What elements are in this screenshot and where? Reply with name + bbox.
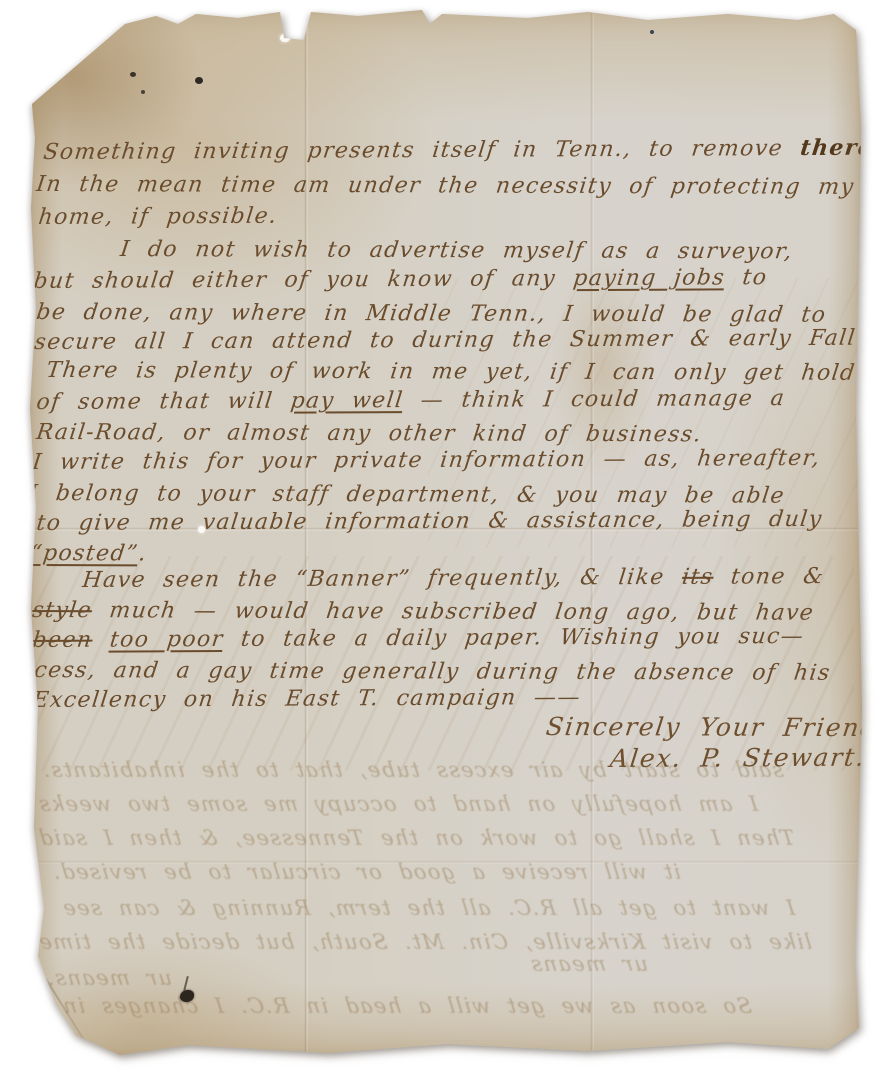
letter-line: “posted”. [29,541,149,566]
letter-text-segment: Have seen the “Banner” frequently, & lik… [81,565,684,593]
letter-text-segment: to give me valuable information & assist… [35,507,824,536]
letter-text-segment: tone & [712,564,826,590]
letter-text-segment: I write this for your private informatio… [31,446,822,475]
letter-text-segment: of some that will [35,389,292,415]
letter-line: be done, any where in Middle Tenn., I wo… [35,300,828,328]
letter-line: Something inviting presents itself in Te… [42,135,875,165]
corner-crease [31,1020,71,1046]
letter-line: cess, and a gay time generally during th… [33,658,832,686]
letter-text-segment: home, if possible. [37,204,279,230]
letter-text-segment: been [31,628,94,653]
signature-line: Sincerely Your Friend [544,712,878,742]
letter-text-segment: In the mean time am under the necessity … [35,172,856,200]
signature-line: Alex. P. Stewart. [609,743,868,773]
letter-text-segment: to take a daily paper. Wishing you suc— [222,624,805,652]
letter-line: There is plenty of work in me yet, if I … [45,358,857,386]
letter-line: I write this for your private informatio… [31,446,822,475]
letter-text-segment: Something inviting presents itself in Te… [42,136,802,165]
letter-paper: said to start by air excess tube, that t… [28,8,862,1056]
letter-line: Excellency on his East T. campaign —— [31,685,582,713]
letter-text-segment: secure all I can attend to during the Su… [33,326,857,355]
letter-text-segment: “posted” [29,541,140,566]
letter-text-segment: to [724,265,769,290]
letter-text-segment: Excellency on his East T. campaign —— [31,685,582,713]
letter-photo: said to start by air excess tube, that t… [0,0,878,1080]
paper-hole [198,526,205,533]
letter-line: secure all I can attend to during the Su… [33,326,857,355]
letter-text-segment: cess, and a gay time generally during th… [33,658,832,686]
letter-text-segment: be done, any where in Middle Tenn., I wo… [35,300,828,328]
letter-text-segment: but should either of you know of any [32,266,575,294]
letter-line: been too poor to take a daily paper. Wis… [31,624,806,653]
letter-text-segment: much — would have subscribed long ago, b… [90,598,815,626]
letter-line: home, if possible. [37,204,279,230]
letter-text-segment: Alex. P. Stewart. [609,743,868,773]
ink-layer: Something inviting presents itself in Te… [28,8,862,1056]
letter-text-segment: its [681,565,715,590]
letter-text-segment: I do not wish to advertise myself as a s… [119,237,795,264]
ink-speck [195,77,203,84]
letter-text-segment: . [137,541,149,566]
letter-line: Rail-Road, or almost any other kind of b… [35,420,704,447]
letter-line: I do not wish to advertise myself as a s… [119,237,795,264]
letter-line: Have seen the “Banner” frequently, & lik… [81,564,826,593]
letter-text-segment: — think I could manage a [402,386,787,413]
letter-text-segment: There is plenty of work in me yet, if I … [45,358,857,386]
letter-text-segment: paying jobs [572,265,727,291]
paper-hole [280,34,290,42]
letter-text-segment: I belong to your staff department, & you… [27,481,787,509]
paper-shadow: said to start by air excess tube, that t… [0,0,878,1080]
letter-text-segment: style [31,598,94,623]
letter-line: style much — would have subscribed long … [31,598,816,626]
letter-text-segment: Sincerely Your Friend [544,712,878,742]
ink-speck [141,90,145,94]
letter-line: In the mean time am under the necessity … [35,172,856,200]
letter-line: I belong to your staff department, & you… [27,481,787,509]
ink-speck [650,30,654,34]
letter-line: of some that will pay well — think I cou… [35,386,787,415]
letter-text-segment: Rail-Road, or almost any other kind of b… [35,420,704,447]
letter-line: to give me valuable information & assist… [35,507,824,536]
letter-line: but should either of you know of any pay… [32,265,769,294]
letter-text-segment: there [799,135,875,161]
letter-text-segment: pay well [289,388,405,414]
letter-text-segment: too poor [108,627,225,653]
ink-speck [130,72,136,77]
